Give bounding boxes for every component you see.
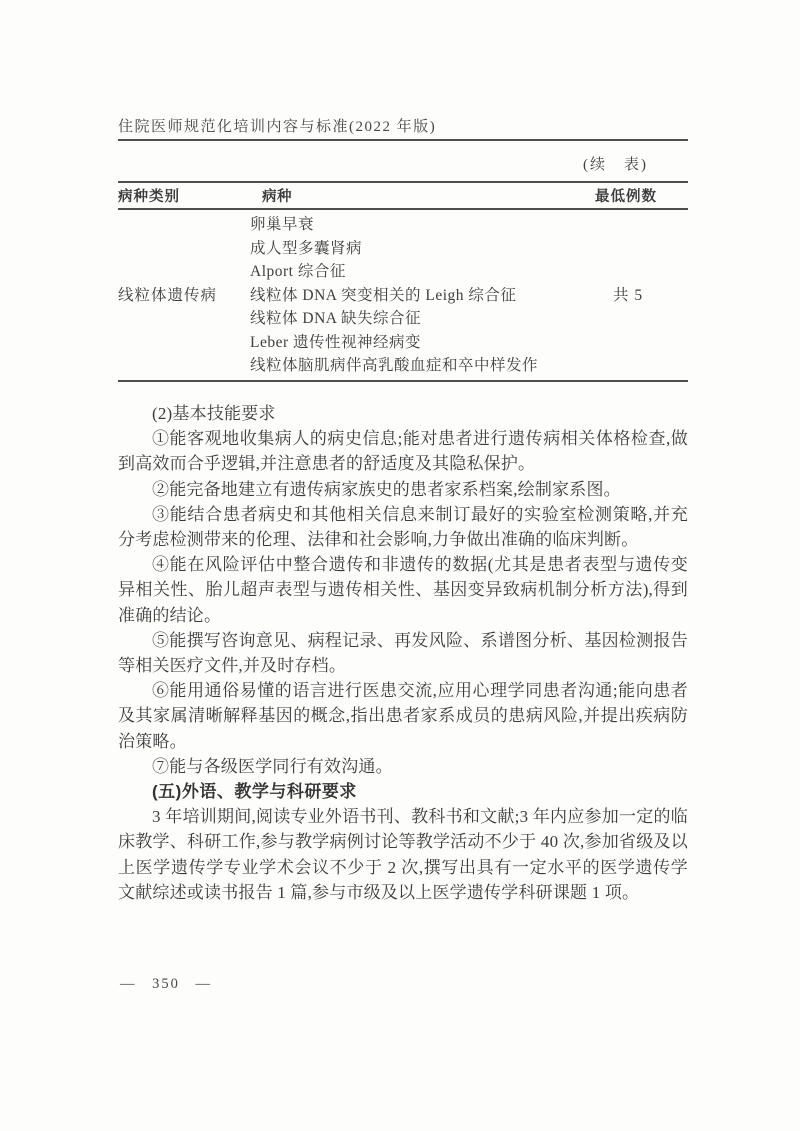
column-header-category: 病种类别 <box>118 185 250 206</box>
cell-disease: Alport 综合征 <box>250 259 595 281</box>
body-text: (2)基本技能要求 ①能客观地收集病人的病史信息;能对患者进行遗传病相关体格检查… <box>118 401 688 905</box>
skills-item-7: ⑦能与各级医学同行有效沟通。 <box>118 754 688 779</box>
column-header-disease: 病种 <box>250 185 595 206</box>
table-header-row: 病种类别 病种 最低例数 <box>118 183 688 208</box>
skills-item-4: ④能在风险评估中整合遗传和非遗传的数据(尤其是患者表型与遗传变异相关性、胎儿超声… <box>118 552 688 628</box>
table-bottom-rule <box>118 380 688 382</box>
page-number: — 350 — <box>120 976 212 993</box>
table-row: Leber 遗传性视神经病变 <box>118 329 688 353</box>
cell-min-cases: 共 5 <box>595 283 688 305</box>
cell-disease: 成人型多囊肾病 <box>250 236 595 258</box>
skills-item-2: ②能完备地建立有遗传病家族史的患者家系档案,绘制家系图。 <box>118 477 688 502</box>
section-heading: (五)外语、教学与科研要求 <box>118 779 688 804</box>
column-header-min-cases: 最低例数 <box>595 185 688 206</box>
disease-table: 病种类别 病种 最低例数 卵巢早衰 成人型多囊肾病 Alport 综合征 <box>118 181 688 382</box>
table-row: 线粒体 DNA 缺失综合征 <box>118 306 688 330</box>
skills-item-3: ③能结合患者病史和其他相关信息来制订最好的实验室检测策略,并充分考虑检测带来的伦… <box>118 502 688 552</box>
cell-disease: 线粒体 DNA 缺失综合征 <box>250 306 595 328</box>
table-row: Alport 综合征 <box>118 259 688 283</box>
cell-disease: Leber 遗传性视神经病变 <box>250 330 595 352</box>
header-rule <box>118 139 688 141</box>
table-row: 成人型多囊肾病 <box>118 235 688 259</box>
table-body: 卵巢早衰 成人型多囊肾病 Alport 综合征 线粒体遗传病 线粒体 DNA 突… <box>118 210 688 381</box>
cell-disease: 线粒体 DNA 突变相关的 Leigh 综合征 <box>250 283 595 305</box>
cell-category: 线粒体遗传病 <box>118 283 250 305</box>
cell-disease: 线粒体脑肌病伴高乳酸血症和卒中样发作 <box>250 353 595 375</box>
skills-item-5: ⑤能撰写咨询意见、病程记录、再发风险、系谱图分析、基因检测报告等相关医疗文件,并… <box>118 628 688 678</box>
cell-disease: 卵巢早衰 <box>250 212 595 234</box>
skills-item-1: ①能客观地收集病人的病史信息;能对患者进行遗传病相关体格检查,做到高效而合乎逻辑… <box>118 426 688 476</box>
running-title: 住院医师规范化培训内容与标准(2022 年版) <box>118 115 688 136</box>
skills-heading: (2)基本技能要求 <box>118 401 688 426</box>
skills-item-6: ⑥能用通俗易懂的语言进行医患交流,应用心理学同患者沟通;能向患者及其家属清晰解释… <box>118 678 688 754</box>
table-row: 卵巢早衰 <box>118 212 688 236</box>
table-row: 线粒体脑肌病伴高乳酸血症和卒中样发作 <box>118 353 688 377</box>
table-continuation-note: (续 表) <box>118 153 688 173</box>
section-body: 3 年培训期间,阅读专业外语书刊、教科书和文献;3 年内应参加一定的临床教学、科… <box>118 804 688 905</box>
document-page: 住院医师规范化培训内容与标准(2022 年版) (续 表) 病种类别 病种 最低… <box>0 0 800 1131</box>
table-row: 线粒体遗传病 线粒体 DNA 突变相关的 Leigh 综合征 共 5 <box>118 282 688 306</box>
